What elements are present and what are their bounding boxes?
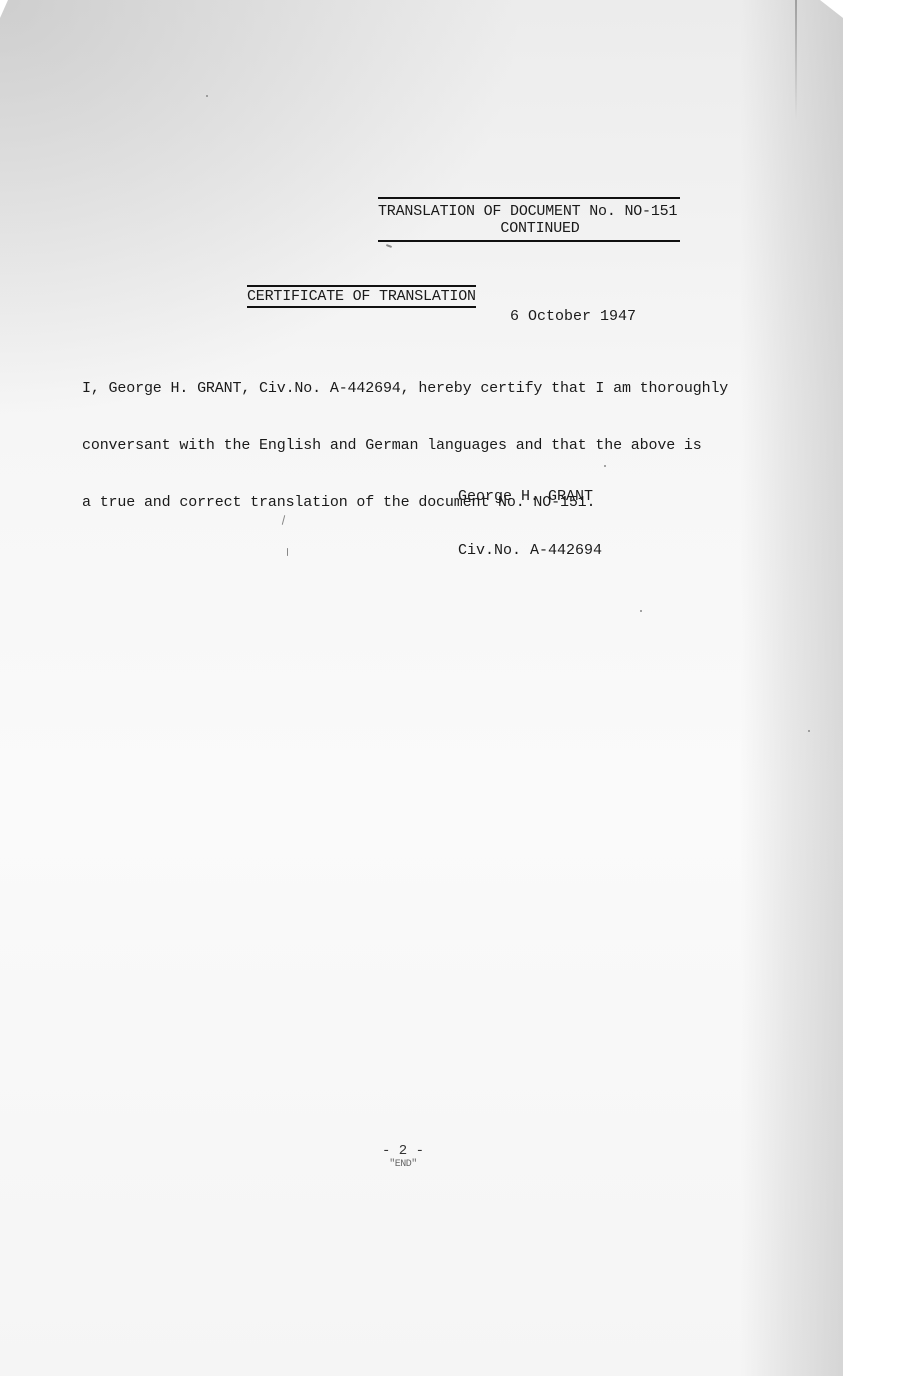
signature-block: George H. GRANT Civ.No. A-442694: [458, 452, 602, 596]
signature-name: George H. GRANT: [458, 488, 602, 506]
body-line: I, George H. GRANT, Civ.No. A-442694, he…: [82, 379, 728, 398]
paper-speck: [808, 730, 810, 732]
certificate-title: CERTIFICATE OF TRANSLATION: [247, 285, 476, 308]
end-mark: "END": [368, 1159, 438, 1171]
page-number: - 2 -: [368, 1143, 438, 1159]
paper-page: TRANSLATION OF DOCUMENT No. NO-151 CONTI…: [0, 0, 843, 1376]
paper-speck: [438, 440, 440, 442]
certificate-body: I, George H. GRANT, Civ.No. A-442694, he…: [82, 341, 728, 550]
body-line: conversant with the English and German l…: [82, 436, 728, 455]
body-line: a true and correct translation of the do…: [82, 493, 728, 512]
document-header: TRANSLATION OF DOCUMENT No. NO-151 CONTI…: [378, 197, 680, 242]
paper-speck: [386, 244, 392, 248]
header-title: TRANSLATION OF DOCUMENT No. NO-151: [378, 203, 680, 220]
paper-speck: [640, 610, 642, 612]
header-continued: CONTINUED: [378, 220, 680, 237]
paper-speck: [287, 548, 288, 556]
paper-speck: [604, 465, 606, 467]
paper-speck: [206, 95, 208, 97]
page-footer: - 2 - "END": [368, 1143, 438, 1171]
certificate-date: 6 October 1947: [510, 308, 636, 326]
signature-civ-no: Civ.No. A-442694: [458, 542, 602, 560]
